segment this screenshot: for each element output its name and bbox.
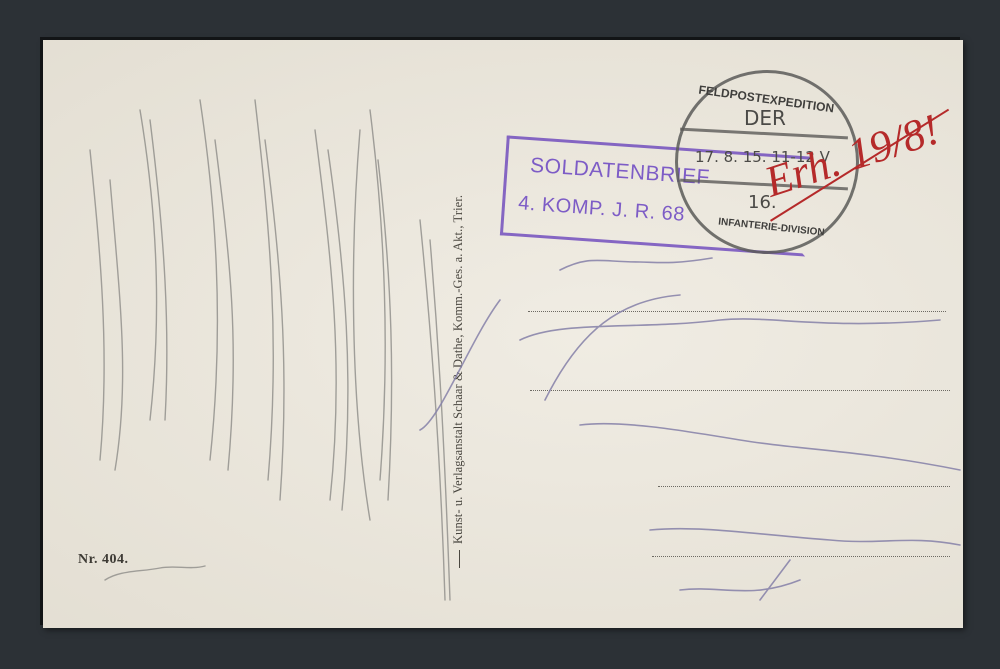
postmark-center-top: DER xyxy=(744,106,786,130)
handwriting-strokes xyxy=(0,0,1000,669)
